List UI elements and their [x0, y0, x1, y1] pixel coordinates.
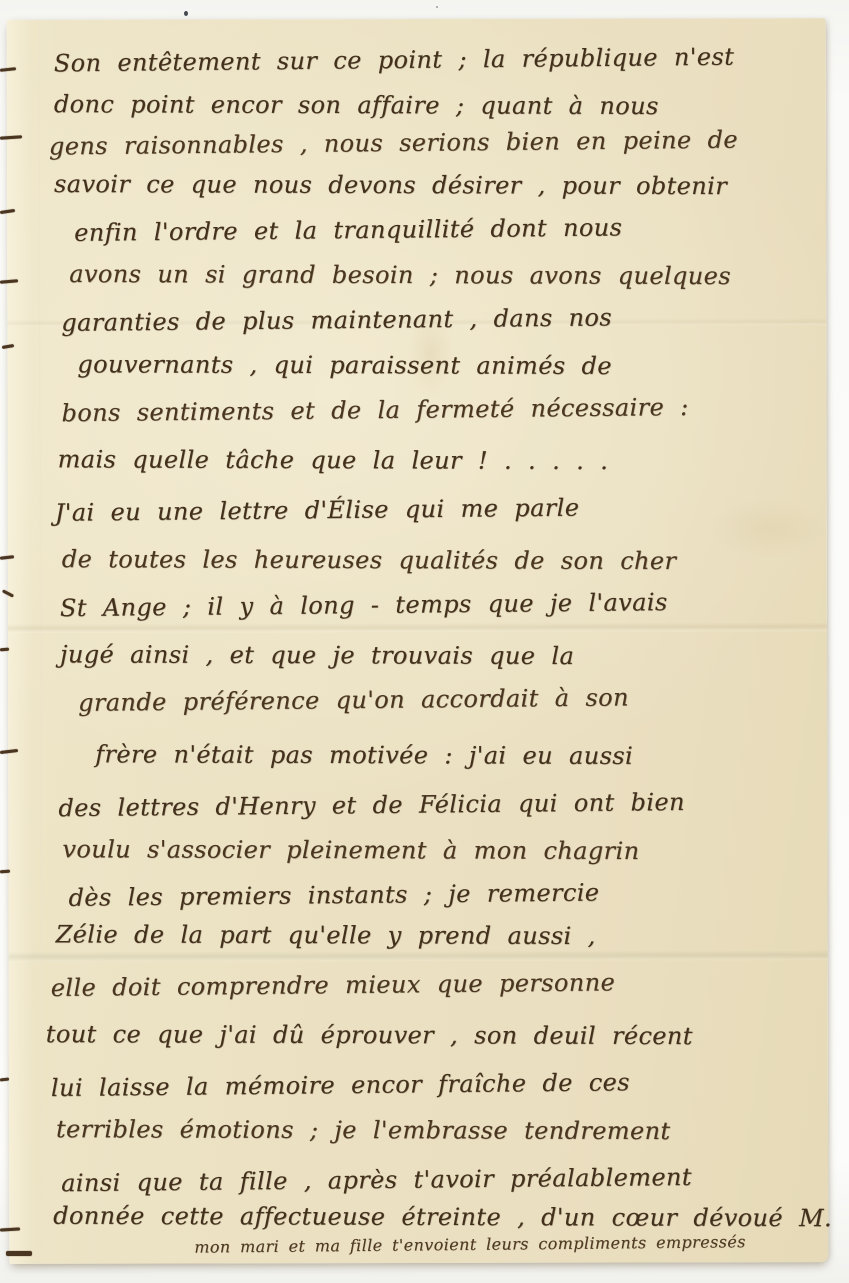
- margin-ink-mark: [0, 1078, 9, 1082]
- letter-paper: Son entêtement sur ce point ; la républi…: [7, 18, 829, 1264]
- letter-line: gouvernants , qui paraissent animés de: [77, 350, 612, 380]
- letter-line: gens raisonnables , nous serions bien en…: [49, 126, 738, 161]
- letter-line: dès les premiers instants ; je remercie: [68, 879, 599, 912]
- letter-inserted-line: mon mari et ma fille t'envoient leurs co…: [194, 1232, 746, 1256]
- letter-line: Son entêtement sur ce point ; la républi…: [54, 43, 735, 78]
- letter-line: elle doit comprendre mieux que personne: [51, 968, 616, 1002]
- scan-canvas: { "letter": { "paper_color": "#ece2c4", …: [0, 0, 849, 1283]
- letter-line: bons sentiments et de la fermeté nécessa…: [61, 393, 688, 427]
- letter-line: ainsi que ta fille , après t'avoir préal…: [61, 1163, 692, 1197]
- letter-line: terribles émotions ; je l'embrasse tendr…: [56, 1115, 671, 1145]
- letter-line: voulu s'associer pleinement à mon chagri…: [62, 835, 639, 865]
- dust-speck: [184, 11, 188, 16]
- letter-line: enfin l'ordre et la tranquillité dont no…: [74, 213, 622, 246]
- letter-line: lui laisse la mémoire encor fraîche de c…: [51, 1068, 630, 1102]
- letter-line: J'ai eu une lettre d'Élise qui me parle: [55, 494, 580, 527]
- letter-line: avons un si grand besoin ; nous avons qu…: [69, 260, 731, 290]
- letter-line: mais quelle tâche que la leur ! . . . . …: [58, 445, 609, 475]
- letter-line: frère n'était pas motivée : j'ai eu auss…: [95, 740, 633, 770]
- letter-line: jugé ainsi , et que je trouvais que la: [60, 640, 574, 670]
- letter-line: Zélie de la part qu'elle y prend aussi ,: [56, 920, 596, 950]
- margin-ink-mark: [0, 648, 9, 652]
- letter-line: des lettres d'Henry et de Félicia qui on…: [58, 788, 685, 822]
- letter-line: savoir ce que nous devons désirer , pour…: [54, 170, 727, 200]
- letter-text: Son entêtement sur ce point ; la républi…: [7, 18, 829, 1264]
- letter-line: tout ce que j'ai dû éprouver , son deuil…: [46, 1020, 693, 1050]
- letter-line: garanties de plus maintenant , dans nos: [61, 303, 612, 336]
- letter-line: donnée cette affectueuse étreinte , d'un…: [53, 1202, 832, 1232]
- letter-line: de toutes les heureuses qualités de son …: [62, 545, 677, 575]
- margin-ink-mark: [6, 1251, 32, 1256]
- letter-line: grande préférence qu'on accordait à son: [78, 683, 629, 716]
- letter-line: St Ange ; il y à long - temps que je l'a…: [60, 588, 668, 622]
- letter-line: donc point encor son affaire ; quant à n…: [54, 90, 659, 120]
- dust-speck: [436, 6, 438, 8]
